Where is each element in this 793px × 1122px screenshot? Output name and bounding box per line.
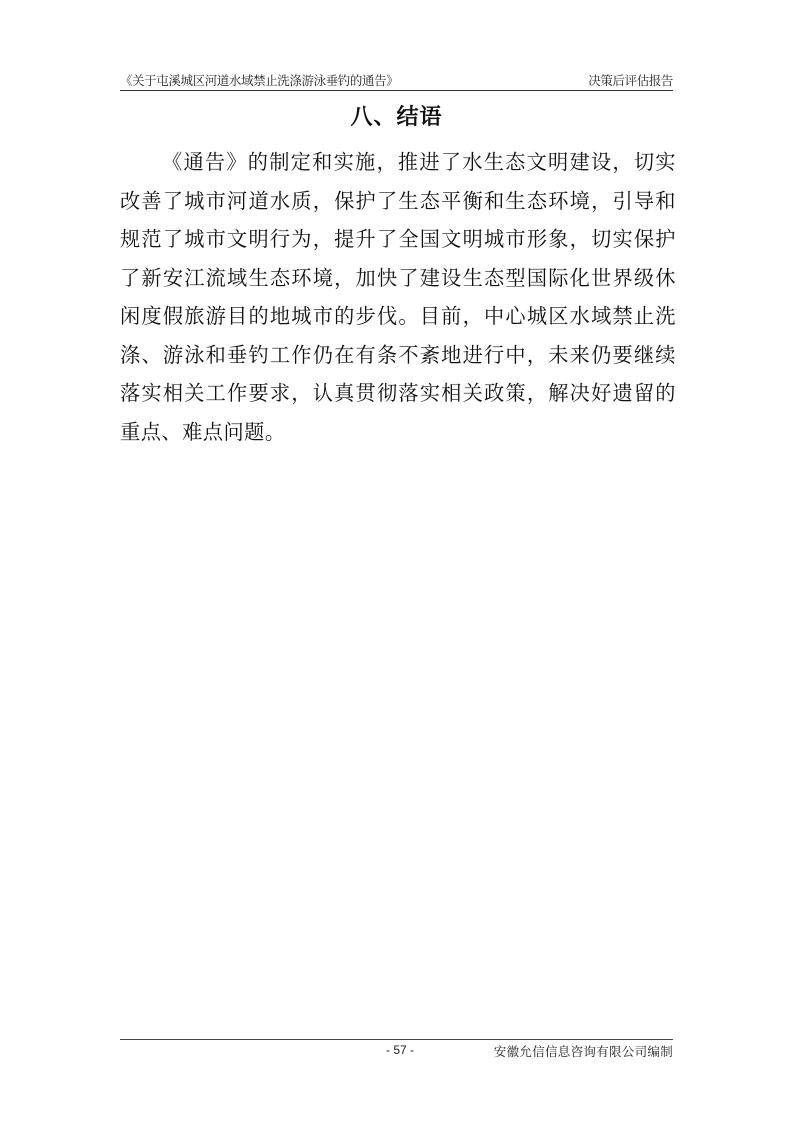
header-document-title: 《关于屯溪城区河道水域禁止洗涤游泳垂钓的通告》 xyxy=(120,72,398,90)
conclusion-paragraph: 《通告》的制定和实施，推进了水生态文明建设，切实改善了城市河道水质，保护了生态平… xyxy=(120,143,676,451)
header-report-type: 决策后评估报告 xyxy=(588,72,673,90)
footer-company: 安徽允信信息咨询有限公司编制 xyxy=(494,1042,673,1060)
section-title: 八、结语 xyxy=(0,103,793,133)
page-header: 《关于屯溪城区河道水域禁止洗涤游泳垂钓的通告》 决策后评估报告 xyxy=(120,70,673,91)
footer-divider xyxy=(120,1039,673,1040)
page-number: - 57 - xyxy=(370,1043,430,1057)
